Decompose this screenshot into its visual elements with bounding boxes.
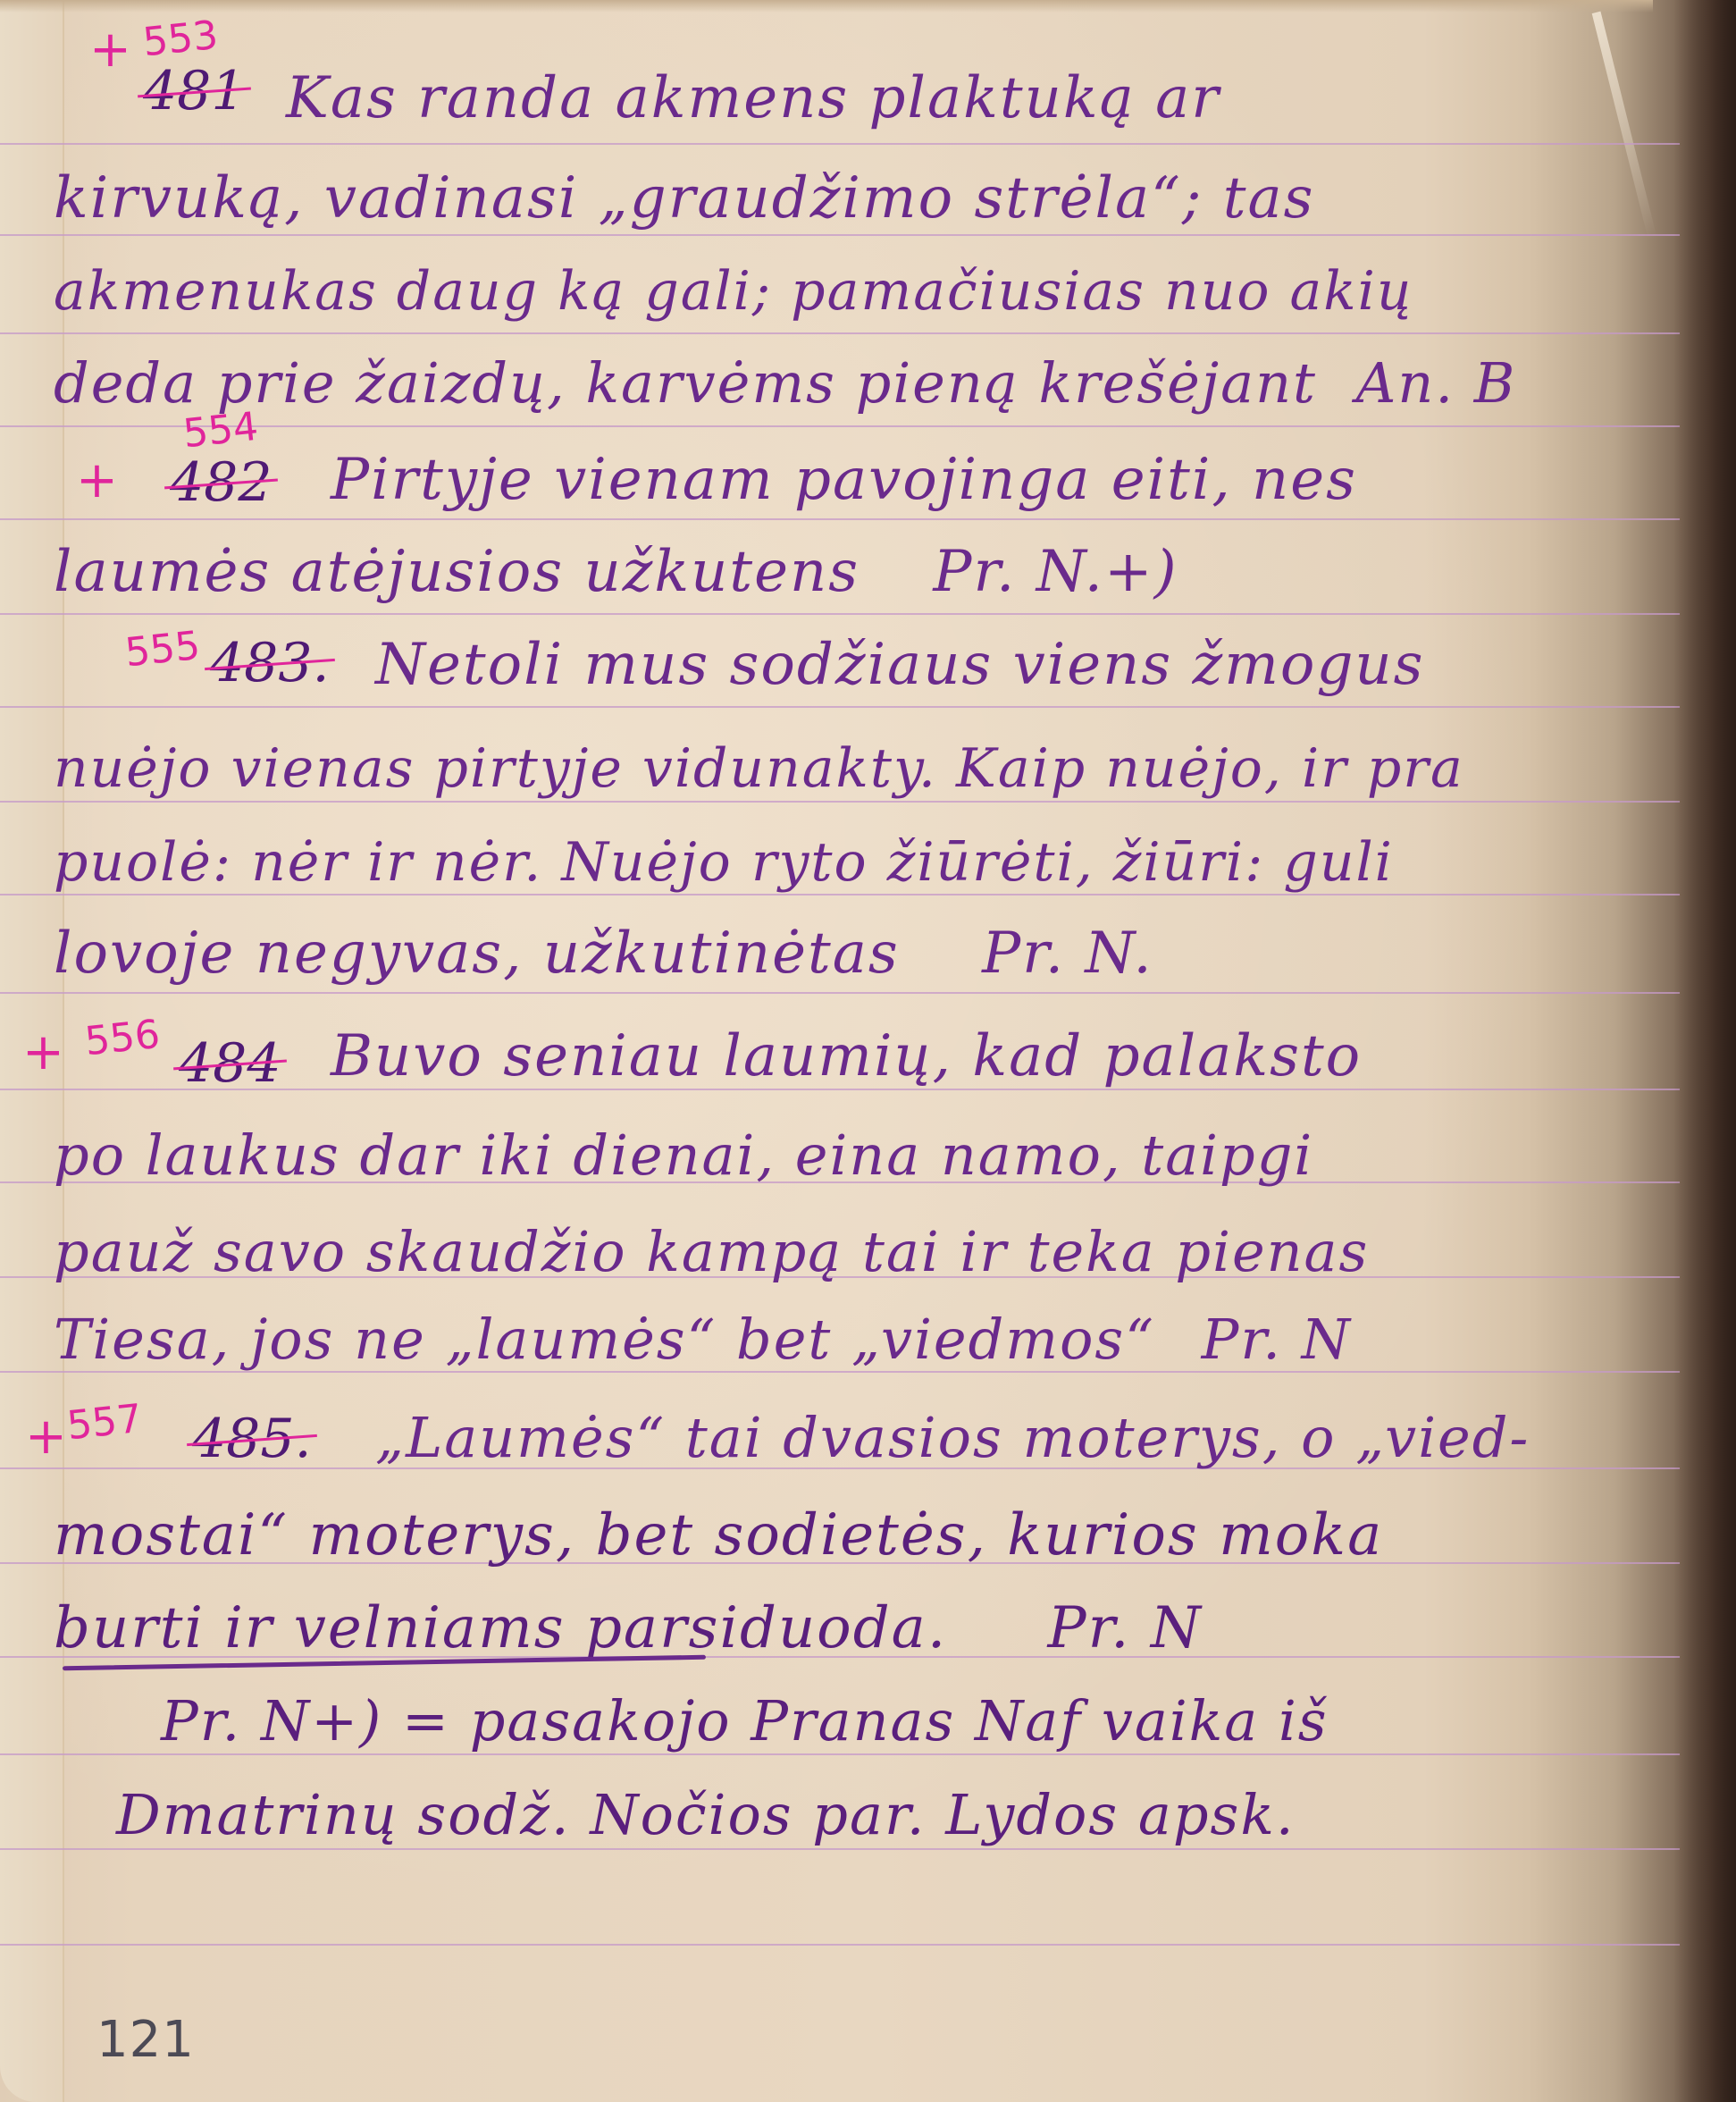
- footnote-line: Dmatrinų sodž. Nočios par. Lydos apsk.: [116, 1787, 1296, 1843]
- page-number: 121: [96, 2011, 195, 2069]
- entry-text-line: kirvuką, vadinasi „graudžimo strėla“; ta…: [54, 170, 1314, 227]
- ruled-line: [0, 234, 1680, 236]
- ruled-line: [0, 518, 1680, 520]
- entry-text-line: mostai“ moterys, bet sodietės, kurios mo…: [54, 1507, 1383, 1564]
- plus-mark: +: [25, 1412, 67, 1462]
- entry-text-line: akmenukas daug ką gali; pamačiusias nuo …: [54, 265, 1413, 318]
- new-entry-number: 553: [141, 16, 220, 63]
- attribution: Pr. N.+): [933, 539, 1178, 605]
- original-entry-number: 481: [143, 64, 246, 118]
- attribution: An. B: [1356, 350, 1517, 416]
- page-top-edge: [0, 0, 1653, 13]
- ruled-line: [0, 143, 1680, 145]
- new-entry-number: 554: [181, 408, 260, 455]
- footnote-line: Pr. N+) = pasakojo Pranas Naf vaika iš: [161, 1694, 1329, 1749]
- entry-text-line: laumės atėjusios užkutens Pr. N.+): [54, 543, 1178, 601]
- original-entry-number: 485.: [192, 1412, 312, 1466]
- original-entry-number: 483.: [210, 636, 330, 690]
- page-crease: [1592, 12, 1657, 240]
- entry-text-line: nuėjo vienas pirtyje vidunakty. Kaip nuė…: [54, 742, 1464, 795]
- plus-mark: +: [89, 25, 131, 75]
- ruled-line: [0, 613, 1680, 615]
- attribution: Pr. N: [1202, 1307, 1352, 1372]
- ruled-line: [0, 1944, 1680, 1946]
- notebook-page: + 553 481 Kas randa akmens plaktuką ar k…: [0, 0, 1736, 2102]
- ruled-line: [0, 992, 1680, 994]
- entry-text-line: „Laumės“ tai dvasios moterys, o „vied-: [375, 1410, 1530, 1466]
- ruled-line: [0, 1753, 1680, 1755]
- attribution: Pr. N.: [982, 921, 1153, 987]
- ruled-line: [0, 894, 1680, 895]
- entry-text-line: Netoli mus sodžiaus viens žmogus: [375, 636, 1424, 694]
- entry-text-line: pauž savo skaudžio kampą tai ir teka pie…: [54, 1224, 1369, 1280]
- ruled-line: [0, 801, 1680, 803]
- original-entry-number: 484: [179, 1037, 281, 1090]
- entry-text-line: lovoje negyvas, užkutinėtas Pr. N.: [54, 925, 1153, 982]
- entry-text-line: Tiesa, jos ne „laumės“ bet „viedmos“ Pr.…: [54, 1312, 1352, 1367]
- original-entry-number: 482: [170, 456, 273, 509]
- book-spine-shadow: [1673, 0, 1736, 2102]
- entry-text-line: Kas randa akmens plaktuką ar: [286, 70, 1220, 127]
- plus-mark: +: [76, 456, 118, 506]
- new-entry-number: 555: [123, 626, 202, 674]
- entry-text-line: po laukus dar iki dienai, eina namo, tai…: [54, 1128, 1313, 1183]
- entry-text-line: Pirtyje vienam pavojinga eiti, nes: [331, 451, 1357, 509]
- ruled-line: [0, 332, 1680, 334]
- new-entry-number: 556: [83, 1015, 162, 1063]
- entry-text-line: burti ir velniams parsiduoda. Pr. N: [54, 1600, 1203, 1657]
- ruled-line: [0, 706, 1680, 708]
- entry-text-line: puolė: nėr ir nėr. Nuėjo ryto žiūrėti, ž…: [54, 836, 1394, 889]
- entry-text-line: deda prie žaizdų, karvėms pieną krešėjan…: [54, 356, 1516, 411]
- attribution: Pr. N: [1048, 1595, 1203, 1661]
- new-entry-number: 557: [65, 1400, 144, 1447]
- plus-mark: +: [22, 1028, 64, 1078]
- ruled-line: [0, 1848, 1680, 1850]
- entry-text-line: Buvo seniau laumių, kad palaksto: [331, 1028, 1362, 1085]
